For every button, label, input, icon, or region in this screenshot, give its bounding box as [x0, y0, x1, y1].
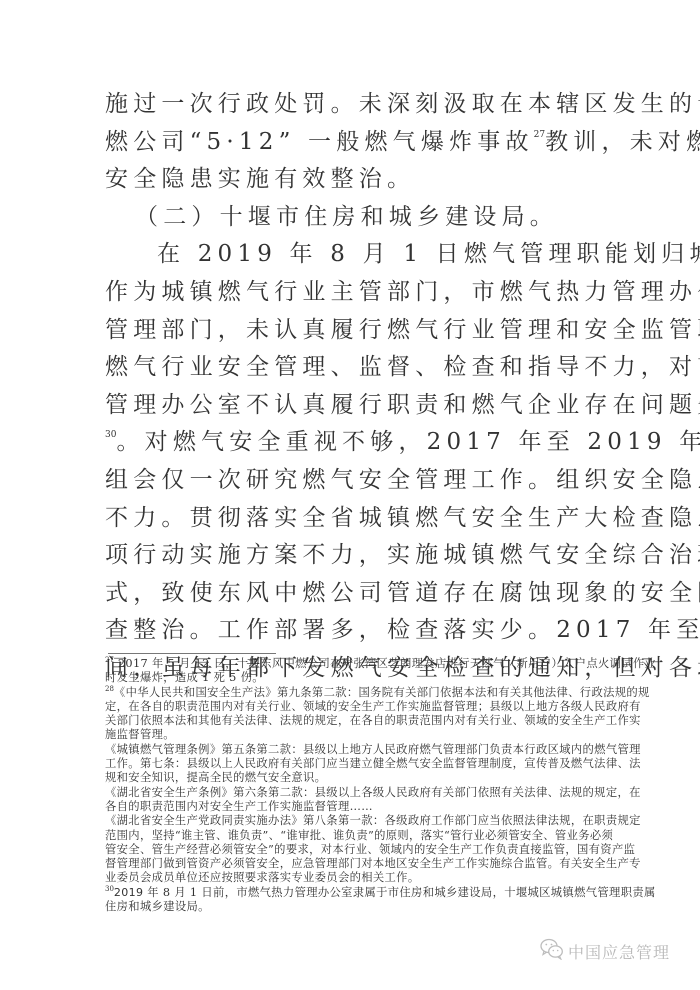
footnote-line: 范围内，坚持“谁主管、谁负责”、“谁审批、谁负责”的原则，落实“管行业必须管安全…	[105, 829, 605, 843]
footnote-text: 年 8 月 1 日前，市燃气热力管理办公室隶属于市住房和城乡建设局，十堰城区城镇…	[143, 886, 655, 899]
footnote-line: 时发生爆炸，造成 1 死 5 伤。	[105, 671, 605, 685]
footnote-marker: 28	[105, 685, 114, 693]
body-line: 燃气行业安全管理、监督、检查和指导不力，对市燃气燃力	[105, 349, 597, 387]
watermark: 中国应急管理	[540, 939, 670, 963]
footnote-line: 各自的职责范围内对安全生产工作实施监督管理……	[105, 800, 605, 814]
watermark-text: 中国应急管理	[568, 940, 670, 963]
footnote-line: 规和安全知识，提高全民的燃气安全意识。	[105, 771, 605, 785]
body-line-text: 管理部门，未认真履行燃气行业管理和安全监管职责	[105, 317, 700, 343]
document-page: 施过一次行政处罚。未深刻汲取在本辖区发生的十堰东风中 燃公司“5·12” 一般燃…	[0, 0, 700, 990]
footnote-marker: 30	[105, 885, 114, 893]
footnote-27: 27 2017 年 5 月 12 日，十堰东风中燃公司在对张湾区艺朗理发店进行天…	[105, 657, 605, 671]
footnote-line: 工作。第七条：县级以上人民政府有关部门应当建立健全燃气安全监督管理制度，宣传普及…	[105, 757, 605, 771]
body-line: 项行动实施方案不力，实施城镇燃气安全综合治理流于形	[105, 537, 597, 575]
footnotes: 27 2017 年 5 月 12 日，十堰东风中燃公司在对张湾区艺朗理发店进行天…	[105, 657, 605, 914]
body-line: 安全隐患实施有效整治。	[105, 161, 597, 199]
footnote-line: 督管理部门做到管资产必须管安全，应急管理部门对本地区安全生产工作实施综合监管。有…	[105, 857, 605, 871]
footnote-text: 2017 年 5 月 12 日，十堰东风中燃公司在对张湾区艺朗理发店进行天然气（…	[114, 657, 656, 670]
footnote-line: 施监督管理。	[105, 728, 605, 742]
body-line: 式，致使东风中燃公司管道存在腐蚀现象的安全隐患没有排	[105, 575, 597, 613]
body-line: 管理部门，未认真履行燃气行业管理和安全监管职责28，对	[105, 312, 597, 350]
footnote-line: 《城镇燃气管理条例》第五条第二款：县级以上地方人民政府燃气管理部门负责本行政区域…	[105, 743, 605, 757]
body-line: 查整治。工作部署多，检查落实少。2017 年至 2019 年 7 月	[105, 612, 597, 650]
footnote-line: 业委员会成员单位还应按照要求落实专业委员会的相关工作。	[105, 871, 605, 885]
footnote-marker: 27	[105, 656, 114, 664]
body-line-text: 教训，未对燃气行业	[545, 129, 700, 155]
footnote-28: 28《中华人民共和国安全生产法》第九条第二款：国务院有关部门依据本法和有关其他法…	[105, 686, 605, 700]
body-line: 30。对燃气安全重视不够，2017 年至 2019 年 8 月 1 日，局党	[105, 424, 597, 462]
body-line: 施过一次行政处罚。未深刻汲取在本辖区发生的十堰东风中	[105, 86, 597, 124]
wechat-icon	[540, 938, 564, 964]
footnote-ref-30[interactable]: 30	[105, 430, 116, 440]
body-text: 施过一次行政处罚。未深刻汲取在本辖区发生的十堰东风中 燃公司“5·12” 一般燃…	[105, 86, 597, 688]
body-line: 在 2019 年 8 月 1 日燃气管理职能划归城管部门前，其	[105, 236, 597, 274]
body-line: 不力。贯彻落实全省城镇燃气安全生产大检查隐患大治理专	[105, 500, 597, 538]
footnote-line: 住房和城乡建设局。	[105, 900, 605, 914]
footnote-line: 《湖北省安全生产条例》第六条第二款：县级以上各级人民政府有关部门依照有关法律、法…	[105, 786, 605, 800]
body-line: 组会仅一次研究燃气安全管理工作。组织安全隐患排查整治	[105, 462, 597, 500]
body-line-text: 。对燃气安全重视不够，2017 年至 2019 年 8 月 1 日，局党	[116, 429, 700, 455]
footnote-line: 关部门依照本法和其他有关法律、法规的规定，在各自的职责范围内对有关行业、领域的安…	[105, 714, 605, 728]
footnote-year: 2019	[114, 886, 143, 899]
footnote-line: 《湖北省安全生产党政同责实施办法》第八条第一款：各级政府工作部门应当依照法律法规…	[105, 814, 605, 828]
footnote-30: 302019 年 8 月 1 日前，市燃气热力管理办公室隶属于市住房和城乡建设局…	[105, 886, 605, 900]
section-heading: （二）十堰市住房和城乡建设局。	[105, 199, 597, 237]
footnote-line: 管安全、管生产经营必须管安全”的要求，对本行业、领域内的安全生产工作负责直接监管…	[105, 843, 605, 857]
footnote-line: 定，在各自的职责范围内对有关行业、领域的安全生产工作实施监督管理；县级以上地方各…	[105, 700, 605, 714]
footnote-text: 《中华人民共和国安全生产法》第九条第二款：国务院有关部门依据本法和有关其他法律、…	[114, 686, 650, 699]
body-line-text: 燃公司“5·12” 一般燃气爆炸事故	[105, 129, 534, 155]
footnote-separator	[108, 653, 276, 654]
body-line: 作为城镇燃气行业主管部门，市燃气热力管理办公室的归口	[105, 274, 597, 312]
body-line: 管理办公室不认真履行职责和燃气企业存在问题失管失察	[105, 387, 597, 425]
body-line: 燃公司“5·12” 一般燃气爆炸事故27教训，未对燃气行业	[105, 124, 597, 162]
footnote-ref-27[interactable]: 27	[534, 130, 545, 140]
